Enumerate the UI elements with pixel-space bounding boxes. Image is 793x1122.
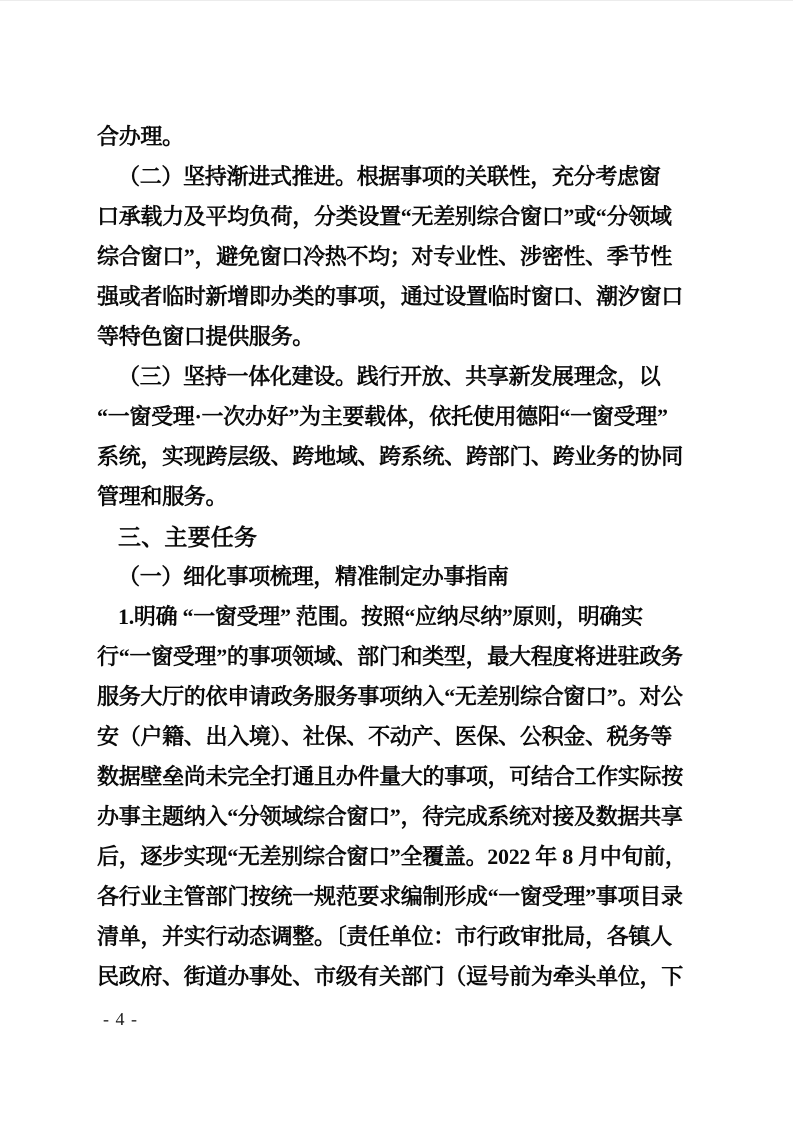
text-line: 办事主题纳入“分领域综合窗口”，待完成系统对接及数据共享 bbox=[97, 797, 711, 837]
text-line: 综合窗口”，避免窗口冷热不均；对专业性、涉密性、季节性 bbox=[97, 237, 711, 277]
page-number: - 4 - bbox=[103, 1009, 138, 1030]
text-line: （二）坚持渐进式推进。根据事项的关联性，充分考虑窗 bbox=[97, 157, 711, 197]
text-line: 强或者临时新增即办类的事项，通过设置临时窗口、潮汐窗口 bbox=[97, 277, 711, 317]
document-page: 合办理。 （二）坚持渐进式推进。根据事项的关联性，充分考虑窗 口承载力及平均负荷… bbox=[0, 0, 793, 1122]
text-line: 服务大厅的依申请政务服务事项纳入“无差别综合窗口”。对公 bbox=[97, 677, 711, 717]
text-line: 后，逐步实现“无差别综合窗口”全覆盖。2022 年 8 月中旬前， bbox=[97, 837, 711, 877]
text-line: 管理和服务。 bbox=[97, 477, 711, 517]
document-body: 合办理。 （二）坚持渐进式推进。根据事项的关联性，充分考虑窗 口承载力及平均负荷… bbox=[97, 117, 711, 997]
text-line: “一窗受理·一次办好”为主要载体，依托使用德阳“一窗受理” bbox=[97, 397, 711, 437]
text-line: （三）坚持一体化建设。践行开放、共享新发展理念，以 bbox=[97, 357, 711, 397]
text-line: 1.明确 “一窗受理” 范围。按照“应纳尽纳”原则，明确实 bbox=[97, 597, 711, 637]
text-line: 合办理。 bbox=[97, 117, 711, 157]
section-heading: 三、主要任务 bbox=[97, 517, 711, 557]
text-line: 数据壁垒尚未完全打通且办件量大的事项，可结合工作实际按 bbox=[97, 757, 711, 797]
text-line: 各行业主管部门按统一规范要求编制形成“一窗受理”事项目录 bbox=[97, 877, 711, 917]
text-line: 民政府、街道办事处、市级有关部门（逗号前为牵头单位，下 bbox=[97, 957, 711, 997]
text-line: 口承载力及平均负荷，分类设置“无差别综合窗口”或“分领域 bbox=[97, 197, 711, 237]
text-line: 清单，并实行动态调整。〔责任单位：市行政审批局，各镇人 bbox=[97, 917, 711, 957]
text-line: 等特色窗口提供服务。 bbox=[97, 317, 711, 357]
text-line: 安（户籍、出入境）、社保、不动产、医保、公积金、税务等 bbox=[97, 717, 711, 757]
text-line: 系统，实现跨层级、跨地域、跨系统、跨部门、跨业务的协同 bbox=[97, 437, 711, 477]
subsection-heading: （一）细化事项梳理，精准制定办事指南 bbox=[97, 557, 711, 597]
text-line: 行“一窗受理”的事项领域、部门和类型，最大程度将进驻政务 bbox=[97, 637, 711, 677]
